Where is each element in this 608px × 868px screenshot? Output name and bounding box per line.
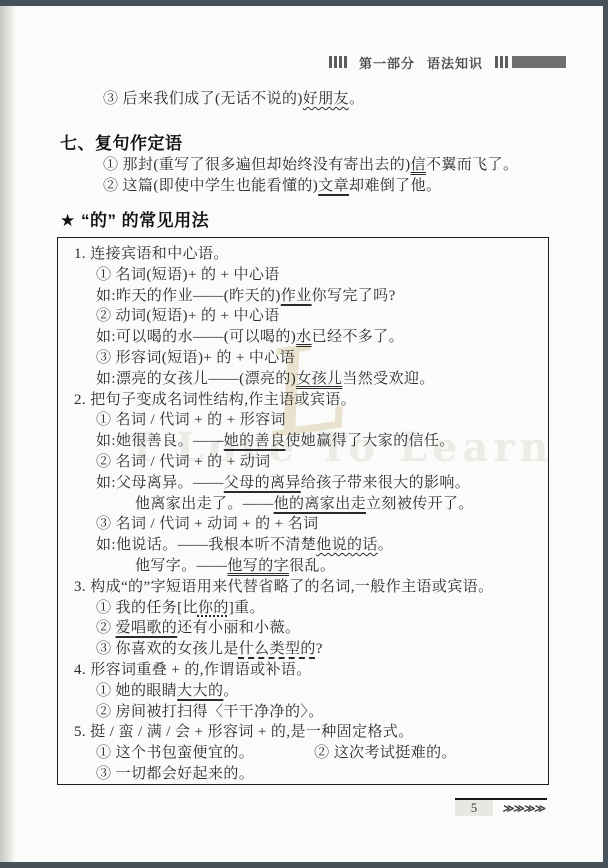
underlined-text: 好朋友 — [303, 91, 349, 107]
text-segment: 当然受欢迎。 — [342, 371, 434, 387]
text-segment: 不翼而飞了。 — [426, 157, 518, 173]
text-segment: 。 — [349, 91, 364, 107]
header-section-title: 语法知识 — [427, 53, 483, 72]
text-segment: 。 — [378, 537, 393, 553]
text-segment: ③ 形容词(短语)+ 的 + 中心语 — [96, 350, 295, 366]
text-segment: 他离家出走了。—— — [135, 496, 274, 512]
text-segment: 如:可以喝的水——(可以喝的) — [96, 329, 296, 345]
text-line: 3. 构成“的”字短语用来代替省略了的名词,一般作主语或宾语。 — [74, 577, 542, 598]
chevrons-icon: ≫≫≫≫ — [502, 802, 546, 815]
text-line: 他离家出走了。——他的离家出走立刻被传开了。 — [74, 494, 542, 515]
text-segment: 已经不多了。 — [312, 329, 404, 345]
text-line: 如:可以喝的水——(可以喝的)水已经不多了。 — [74, 327, 542, 348]
text-segment: ? — [316, 641, 323, 657]
text-segment: ② — [96, 620, 116, 636]
underlined-text: 他写的字 — [227, 558, 289, 574]
text-line: ③ 形容词(短语)+ 的 + 中心语 — [74, 348, 542, 369]
text-segment: ]重。 — [229, 600, 265, 616]
text-line: ① 名词 / 代词 + 的 + 形容词 — [74, 410, 542, 431]
text-line: ① 名词(短语)+ 的 + 中心语 — [74, 265, 542, 286]
text-line: ② 动词(短语)+ 的 + 中心语 — [74, 306, 542, 327]
text-line: ③ 一切都会好起来的。 — [74, 764, 542, 785]
text-segment: 3. 构成“的”字短语用来代替省略了的名词,一般作主语或宾语。 — [74, 579, 493, 595]
text-segment: 他写字。—— — [135, 558, 227, 574]
text-line: ③ 你喜欢的女孩儿是什么类型的? — [74, 639, 542, 660]
text-segment: ① 那封(重写了很多遍但却始终没有寄出去的) — [103, 157, 411, 173]
text-line: ② 名词 / 代词 + 的 + 动词 — [74, 452, 542, 473]
text-line: ① 她的眼睛大大的。 — [74, 681, 542, 702]
text-segment: ① 名词 / 代词 + 的 + 形容词 — [96, 412, 286, 428]
underlined-text: 他的离家出走 — [274, 496, 366, 512]
underlined-text: 她的善良 — [224, 433, 286, 449]
text-line: 1. 连接宾语和中心语。 — [74, 244, 542, 265]
text-segment: 如:漂亮的女孩儿——(漂亮的) — [96, 371, 296, 387]
scan-edge-top — [0, 0, 608, 6]
text-segment: 给孩子带来很大的影响。 — [301, 475, 470, 491]
text-segment: ② 动词(短语)+ 的 + 中心语 — [96, 308, 280, 324]
section7-heading: 七、复句作定语 — [60, 129, 183, 154]
underlined-text: 什么类型的 — [239, 641, 316, 657]
text-line: 如:他说话。——我根本听不清楚他说的话。 — [74, 535, 542, 556]
text-line: 5. 挺 / 蛮 / 满 / 会 + 形容词 + 的,是一种固定格式。 — [74, 722, 542, 743]
text-segment: 却难倒了他。 — [349, 178, 441, 194]
text-line: 如:她很善良。——她的善良使她赢得了大家的信任。 — [74, 431, 542, 452]
header-block-icon — [512, 56, 566, 68]
text-segment: 使她赢得了大家的信任。 — [285, 433, 454, 449]
header-section-label: 第一部分 — [359, 53, 415, 72]
de-usage-rule-box: 1. 连接宾语和中心语。① 名词(短语)+ 的 + 中心语如:昨天的作业——(昨… — [57, 237, 549, 785]
header-bars-right-icon — [495, 56, 566, 68]
text-segment: ① 名词(短语)+ 的 + 中心语 — [96, 267, 280, 283]
text-segment: 5. 挺 / 蛮 / 满 / 会 + 形容词 + 的,是一种固定格式。 — [74, 724, 414, 740]
section7-example-lines: ① 那封(重写了很多遍但却始终没有寄出去的)信不翼而飞了。② 这篇(即使中学生也… — [103, 155, 518, 197]
de-usage-heading: ★ “的” 的常见用法 — [60, 206, 209, 231]
text-line: 如:父母离异。——父母的离异给孩子带来很大的影响。 — [74, 473, 542, 494]
text-segment: ② 房间被打扫得〈干干净净的〉。 — [96, 704, 324, 720]
page-number: 5 — [455, 800, 493, 816]
scan-shadow-left — [0, 6, 16, 862]
intro-example-lines: ③ 后来我们成了(无话不说的)好朋友。 — [103, 89, 364, 110]
text-segment: 还有小丽和小薇。 — [177, 620, 300, 636]
underlined-text: 爱唱歌的 — [116, 620, 178, 636]
text-segment: ③ 你喜欢的女孩儿是 — [96, 641, 239, 657]
text-segment: 很乱。 — [289, 558, 335, 574]
text-line: ② 房间被打扫得〈干干净净的〉。 — [74, 702, 542, 723]
text-segment: 你写完了吗? — [312, 288, 396, 304]
text-segment: 。 — [223, 683, 238, 699]
underlined-text: 文章 — [318, 178, 349, 194]
underlined-text: 你的 — [198, 600, 229, 616]
underlined-text: 他说的话 — [316, 537, 378, 553]
text-line: ① 这个书包蛮便宜的。② 这次考试挺难的。 — [74, 743, 542, 764]
page-header: 第一部分 语法知识 — [0, 54, 566, 70]
text-segment: 2. 把句子变成名词性结构,作主语或宾语。 — [74, 392, 356, 408]
text-segment: ② 名词 / 代词 + 的 + 动词 — [96, 454, 271, 470]
text-line: 他写字。——他写的字很乱。 — [74, 556, 542, 577]
text-line: ① 我的任务[比你的]重。 — [74, 598, 542, 619]
text-line: 4. 形容词重叠 + 的,作谓语或补语。 — [74, 660, 542, 681]
underlined-text: 父母的离异 — [224, 475, 301, 491]
text-segment: 如:她很善良。—— — [96, 433, 224, 449]
text-line: 2. 把句子变成名词性结构,作主语或宾语。 — [74, 390, 542, 411]
text-segment: ③ 名词 / 代词 + 动词 + 的 + 名词 — [96, 516, 319, 532]
text-segment: ② 这次考试挺难的。 — [314, 745, 457, 761]
text-segment: 立刻被传开了。 — [366, 496, 474, 512]
text-segment: 如:昨天的作业——(昨天的) — [96, 288, 281, 304]
scan-edge-bottom — [0, 862, 608, 868]
text-line: 如:昨天的作业——(昨天的)作业你写完了吗? — [74, 286, 542, 307]
text-line: ② 爱唱歌的还有小丽和小薇。 — [74, 618, 542, 639]
text-line: ③ 名词 / 代词 + 动词 + 的 + 名词 — [74, 514, 542, 535]
scanned-page: L I Love To Learn 第一部分 语法知识 ③ 后来我们成了(无话不… — [0, 0, 608, 868]
text-segment: ② 这篇(即使中学生也能看懂的) — [103, 178, 318, 194]
text-segment: 1. 连接宾语和中心语。 — [74, 246, 229, 262]
page-footer: 5 ≫≫≫≫ — [455, 798, 547, 816]
underlined-text: 女孩儿 — [296, 371, 342, 387]
text-line: ① 那封(重写了很多遍但却始终没有寄出去的)信不翼而飞了。 — [103, 155, 518, 176]
text-line: 如:漂亮的女孩儿——(漂亮的)女孩儿当然受欢迎。 — [74, 369, 542, 390]
text-segment: ① 这个书包蛮便宜的。 — [96, 745, 254, 761]
text-segment: 4. 形容词重叠 + 的,作谓语或补语。 — [74, 662, 312, 678]
text-line: ③ 后来我们成了(无话不说的)好朋友。 — [103, 89, 364, 110]
underlined-text: 信 — [411, 157, 426, 173]
underlined-text: 水 — [296, 329, 311, 345]
header-bars-left-icon — [329, 56, 347, 68]
text-line: ② 这篇(即使中学生也能看懂的)文章却难倒了他。 — [103, 176, 518, 197]
text-segment: 如:他说话。——我根本听不清楚 — [96, 537, 316, 553]
underlined-text: 作业 — [281, 288, 312, 304]
underlined-text: 大大的 — [177, 683, 223, 699]
text-segment: ③ 后来我们成了(无话不说的) — [103, 91, 303, 107]
text-segment: ① 我的任务[比 — [96, 600, 198, 616]
text-segment: ③ 一切都会好起来的。 — [96, 766, 254, 782]
text-segment: ① 她的眼睛 — [96, 683, 177, 699]
text-segment: 如:父母离异。—— — [96, 475, 224, 491]
scan-edge-right — [603, 0, 608, 868]
